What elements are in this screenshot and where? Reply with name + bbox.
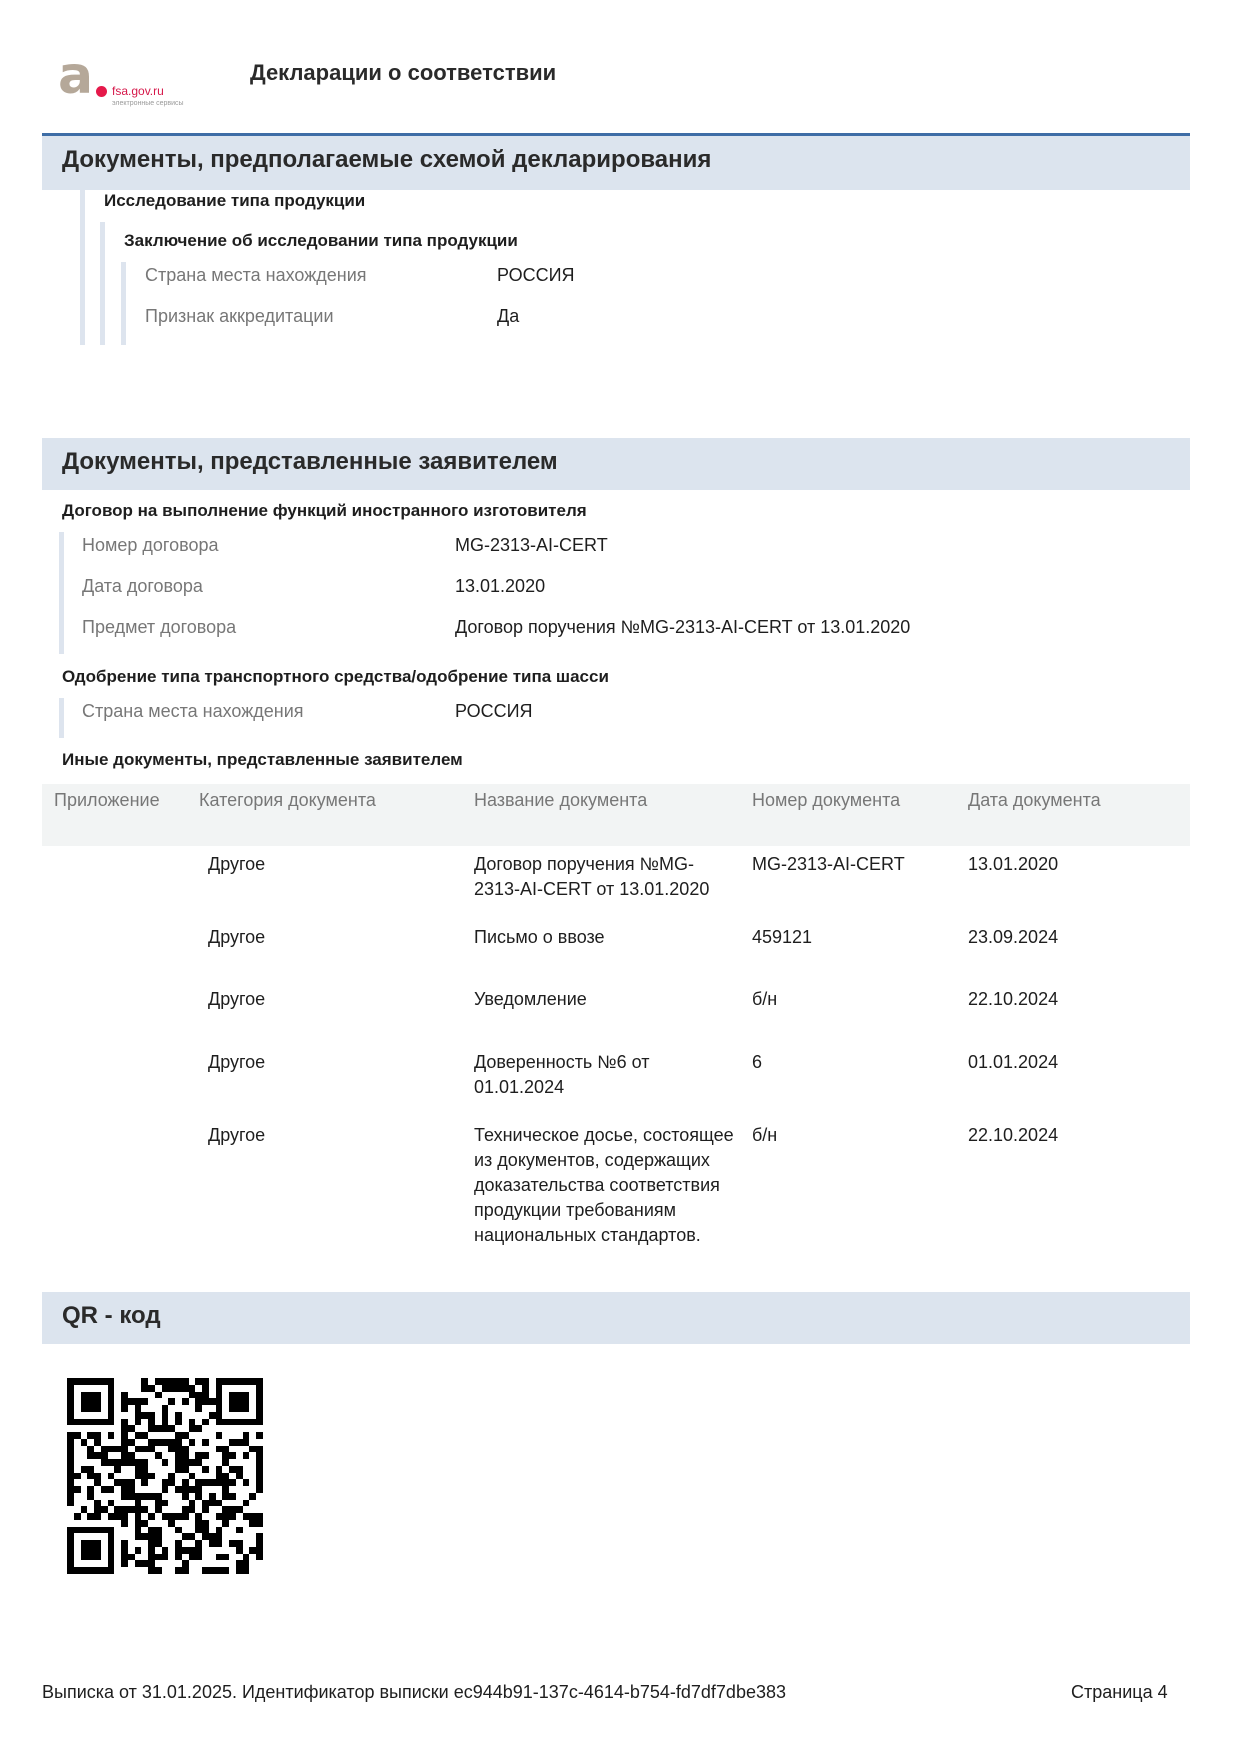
cell-date: 13.01.2020 <box>968 852 1168 877</box>
group-title-type-study: Исследование типа продукции <box>104 191 365 211</box>
logo-dot-icon <box>96 86 107 97</box>
column-header-category: Категория документа <box>199 790 376 811</box>
section-title-qr: QR - код <box>62 1302 161 1330</box>
fsa-logo-a-icon: a <box>58 56 98 98</box>
section-title-scheme: Документы, предполагаемые схемой деклари… <box>62 146 711 174</box>
section-band-qr: QR - код <box>42 1292 1190 1344</box>
cell-category: Другое <box>208 925 458 950</box>
cell-category: Другое <box>208 1050 458 1075</box>
cell-number: б/н <box>752 987 952 1012</box>
footer-page-number: Страница 4 <box>1071 1682 1168 1703</box>
field-label: Предмет договора <box>82 617 236 638</box>
field-value: РОССИЯ <box>497 265 575 286</box>
nest-bar-3 <box>121 262 126 345</box>
cell-number: MG-2313-AI-CERT <box>752 852 952 877</box>
field-value: Да <box>497 306 519 327</box>
field-value: 13.01.2020 <box>455 576 545 597</box>
logo-site-text: fsa.gov.ru <box>112 84 164 98</box>
field-value: РОССИЯ <box>455 701 533 722</box>
cell-date: 22.10.2024 <box>968 1123 1168 1148</box>
contract-title: Договор на выполнение функций иностранно… <box>62 501 587 521</box>
other-docs-title: Иные документы, представленные заявителе… <box>62 750 463 770</box>
field-label: Страна места нахождения <box>82 701 304 722</box>
footer-extract-info: Выписка от 31.01.2025. Идентификатор вып… <box>42 1682 786 1703</box>
section-title-applicant: Документы, представленные заявителем <box>62 448 558 476</box>
nest-bar-1 <box>80 190 85 345</box>
cell-number: б/н <box>752 1123 952 1148</box>
field-label: Страна места нахождения <box>145 265 367 286</box>
column-header-number: Номер документа <box>752 790 900 811</box>
cell-date: 01.01.2024 <box>968 1050 1168 1075</box>
approval-bar <box>59 698 64 738</box>
section-band-scheme: Документы, предполагаемые схемой деклари… <box>42 133 1190 190</box>
cell-name: Уведомление <box>474 987 734 1012</box>
cell-number: 6 <box>752 1050 952 1075</box>
qr-code-image <box>67 1378 263 1574</box>
column-header-name: Название документа <box>474 790 647 811</box>
cell-name: Договор поручения №MG-2313-AI-CERT от 13… <box>474 852 734 902</box>
cell-date: 23.09.2024 <box>968 925 1168 950</box>
cell-name: Техническое досье, состоящее из документ… <box>474 1123 734 1248</box>
document-title: Декларации о соответствии <box>250 60 556 86</box>
cell-category: Другое <box>208 852 458 877</box>
field-value: Договор поручения №MG-2313-AI-CERT от 13… <box>455 617 910 638</box>
field-label: Номер договора <box>82 535 219 556</box>
cell-name: Доверенность №6 от 01.01.2024 <box>474 1050 734 1100</box>
field-value: MG-2313-AI-CERT <box>455 535 608 556</box>
field-label: Признак аккредитации <box>145 306 334 327</box>
approval-title: Одобрение типа транспортного средства/од… <box>62 667 609 687</box>
cell-number: 459121 <box>752 925 952 950</box>
cell-category: Другое <box>208 1123 458 1148</box>
fsa-logo: a fsa.gov.ru электронные сервисы <box>58 56 208 114</box>
section-band-applicant: Документы, представленные заявителем <box>42 438 1190 490</box>
field-label: Дата договора <box>82 576 203 597</box>
nest-bar-2 <box>100 222 105 345</box>
column-header-date: Дата документа <box>968 790 1101 811</box>
subgroup-title-conclusion: Заключение об исследовании типа продукци… <box>124 231 518 251</box>
column-header-attachment: Приложение <box>54 790 160 811</box>
cell-category: Другое <box>208 987 458 1012</box>
cell-date: 22.10.2024 <box>968 987 1168 1012</box>
contract-bar <box>59 532 64 654</box>
cell-name: Письмо о ввозе <box>474 925 734 950</box>
logo-subtitle: электронные сервисы <box>112 100 184 107</box>
